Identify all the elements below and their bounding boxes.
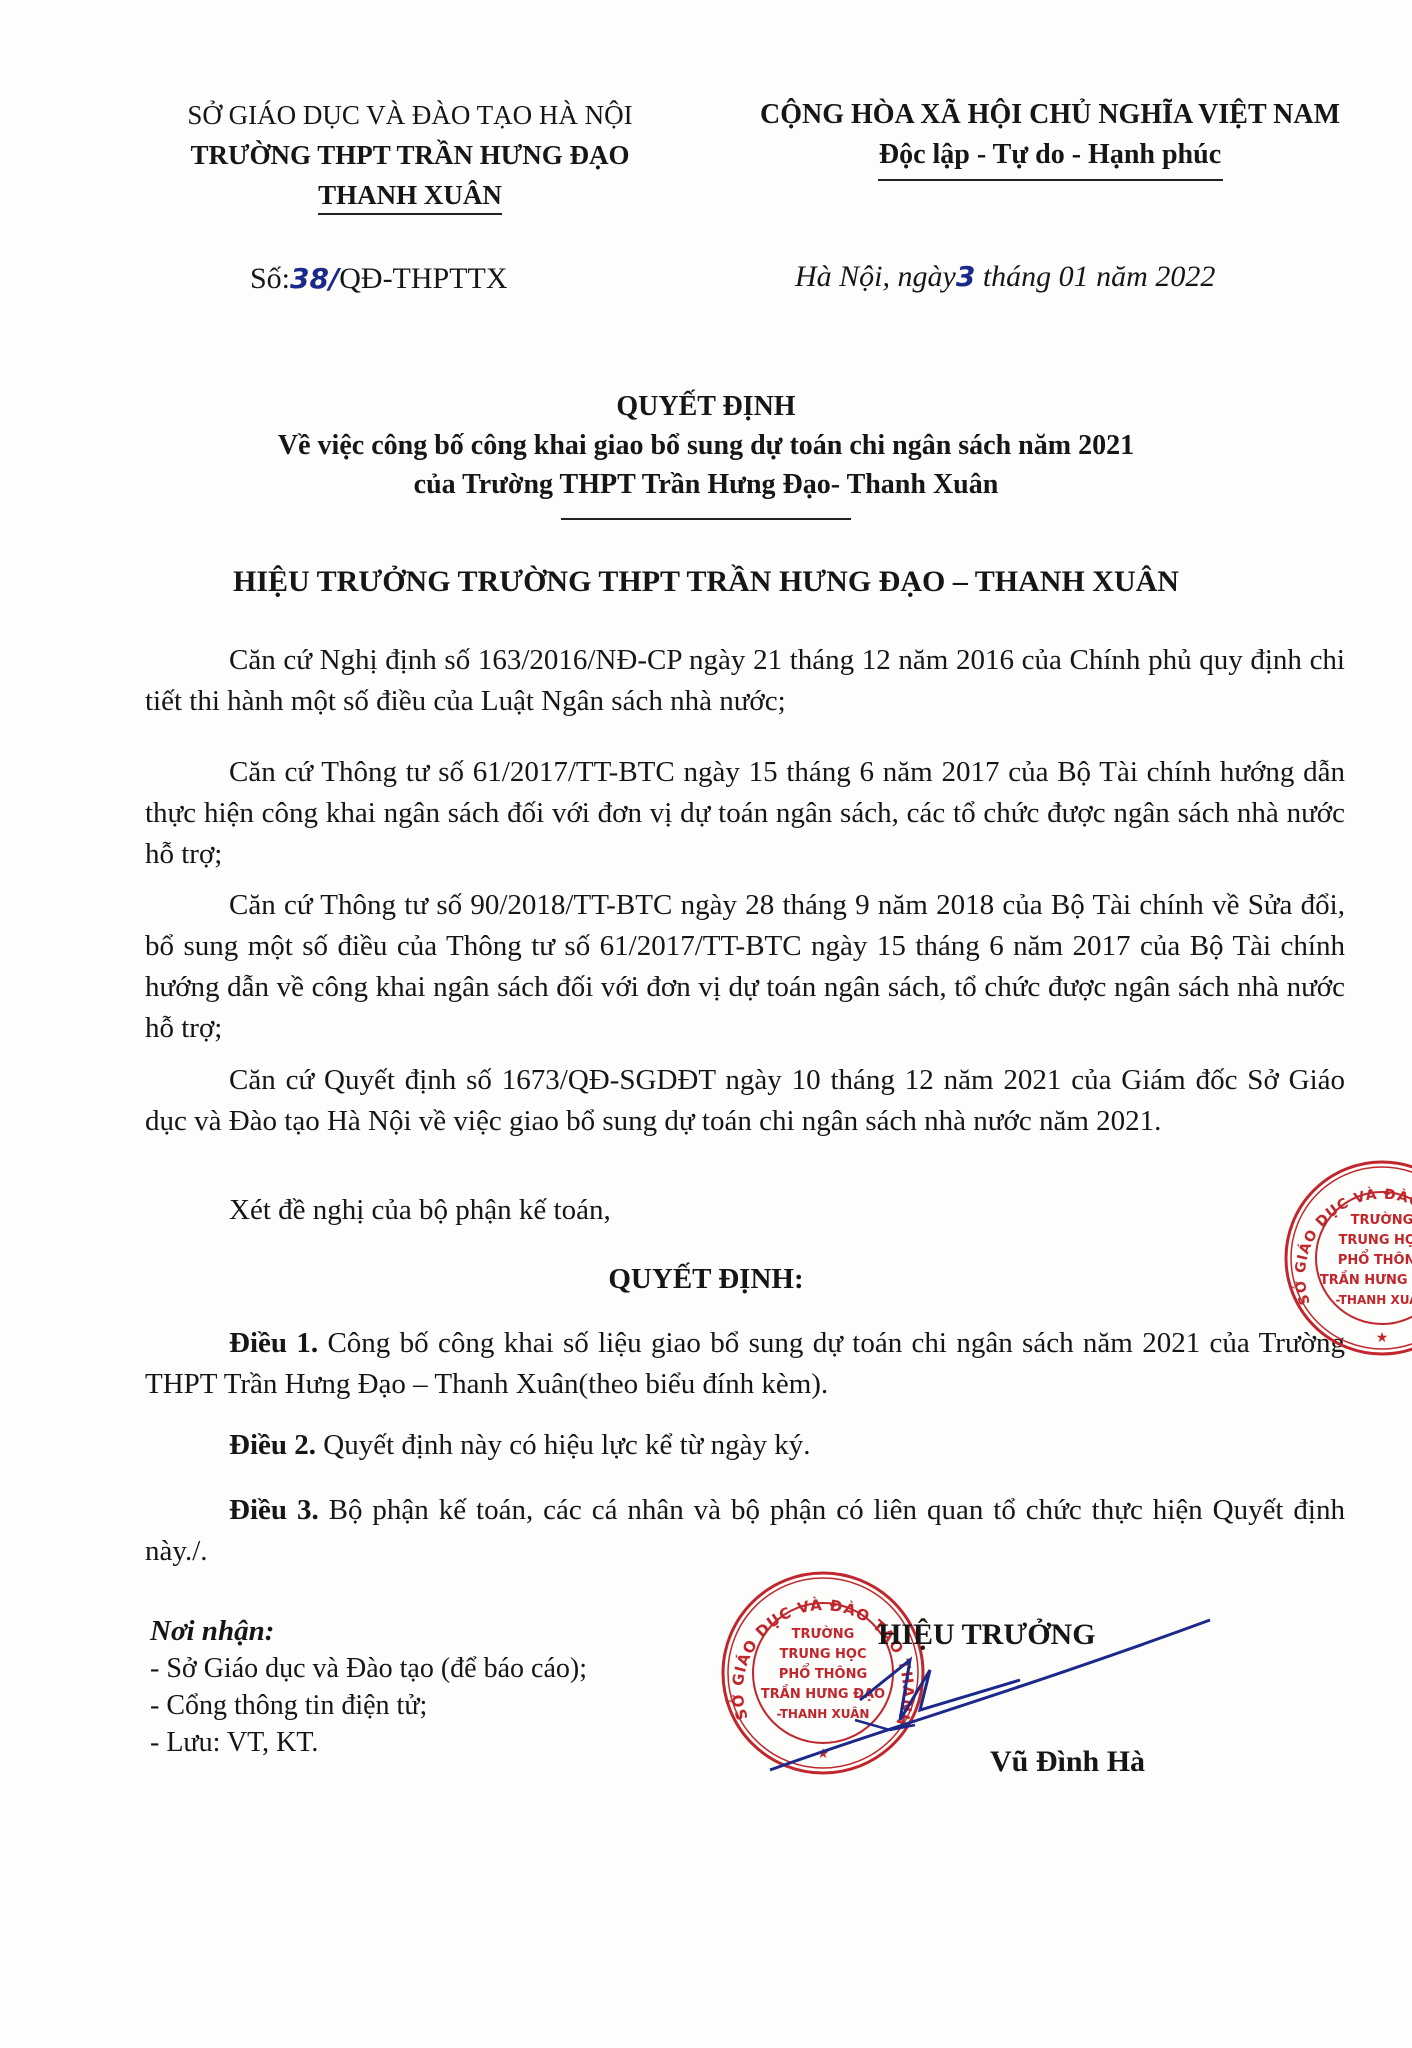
preamble-paragraph: Căn cứ Thông tư số 90/2018/TT-BTC ngày 2… <box>145 885 1345 1049</box>
article-1: Điều 1. Công bố công khai số liệu giao b… <box>145 1323 1345 1405</box>
svg-text:-THANH XUÂN: -THANH XUÂN <box>1336 1292 1412 1307</box>
title-divider <box>561 518 851 520</box>
recipient-item: - Cổng thông tin điện tử; <box>150 1687 587 1724</box>
department-name: SỞ GIÁO DỤC VÀ ĐÀO TẠO HÀ NỘI <box>140 95 680 135</box>
decision-document: SỞ GIÁO DỤC VÀ ĐÀO TẠO HÀ NỘI TRƯỜNG THP… <box>0 0 1412 2048</box>
document-date: Hà Nội, ngày3 tháng 01 năm 2022 <box>795 260 1215 294</box>
decision-heading: QUYẾT ĐỊNH: <box>150 1263 1262 1296</box>
preamble-paragraph: Căn cứ Quyết định số 1673/QĐ-SGDĐT ngày … <box>145 1060 1345 1142</box>
handwritten-day: 3 <box>956 260 975 293</box>
preamble-paragraph: Căn cứ Nghị định số 163/2016/NĐ-CP ngày … <box>145 640 1345 722</box>
svg-text:TRƯỜNG: TRƯỜNG <box>1351 1212 1412 1228</box>
preamble-paragraph: Xét đề nghị của bộ phận kế toán, <box>145 1190 1345 1231</box>
document-number: Số:38/QĐ-THPTTX <box>250 262 508 296</box>
issuing-authority: SỞ GIÁO DỤC VÀ ĐÀO TẠO HÀ NỘI TRƯỜNG THP… <box>140 95 680 215</box>
svg-text:★: ★ <box>1376 1330 1389 1346</box>
handwritten-number: 38/ <box>290 262 339 295</box>
svg-text:TRẦN HƯNG ĐẠO: TRẦN HƯNG ĐẠO <box>1320 1270 1412 1288</box>
title-heading: QUYẾT ĐỊNH <box>150 387 1262 426</box>
school-name: TRƯỜNG THPT TRẦN HƯNG ĐẠO <box>140 135 680 175</box>
recipient-item: - Sở Giáo dục và Đào tạo (để báo cáo); <box>150 1650 587 1687</box>
national-header: CỘNG HÒA XÃ HỘI CHỦ NGHĨA VIỆT NAM Độc l… <box>740 95 1360 181</box>
national-motto: Độc lập - Tự do - Hạnh phúc <box>740 135 1360 175</box>
signatory-name: Vũ Đình Hà <box>990 1745 1145 1779</box>
school-district: THANH XUÂN <box>140 175 680 215</box>
title-line-2: của Trường THPT Trần Hưng Đạo- Thanh Xuâ… <box>150 465 1262 504</box>
motto-underline <box>878 179 1223 181</box>
preamble-paragraph: Căn cứ Thông tư số 61/2017/TT-BTC ngày 1… <box>145 752 1345 875</box>
margin-stamp-icon: SỞ GIÁO DỤC VÀ ĐÀO TẠO THÀNH PHỐ HÀ NỘI … <box>1282 1158 1412 1358</box>
svg-text:TRUNG HỌC: TRUNG HỌC <box>1339 1233 1412 1248</box>
recipients-list: Nơi nhận: - Sở Giáo dục và Đào tạo (để b… <box>150 1613 587 1761</box>
principal-heading: HIỆU TRƯỞNG TRƯỜNG THPT TRẦN HƯNG ĐẠO – … <box>150 565 1262 599</box>
svg-text:PHỔ THÔNG: PHỔ THÔNG <box>1338 1250 1412 1268</box>
document-title: QUYẾT ĐỊNH Về việc công bố công khai gia… <box>150 387 1262 520</box>
article-3: Điều 3. Bộ phận kế toán, các cá nhân và … <box>145 1490 1345 1572</box>
article-2: Điều 2. Quyết định này có hiệu lực kể từ… <box>145 1425 1345 1466</box>
recipients-heading: Nơi nhận: <box>150 1613 587 1650</box>
country-name: CỘNG HÒA XÃ HỘI CHỦ NGHĨA VIỆT NAM <box>740 95 1360 135</box>
recipient-item: - Lưu: VT, KT. <box>150 1724 587 1761</box>
title-line-1: Về việc công bố công khai giao bổ sung d… <box>150 426 1262 465</box>
